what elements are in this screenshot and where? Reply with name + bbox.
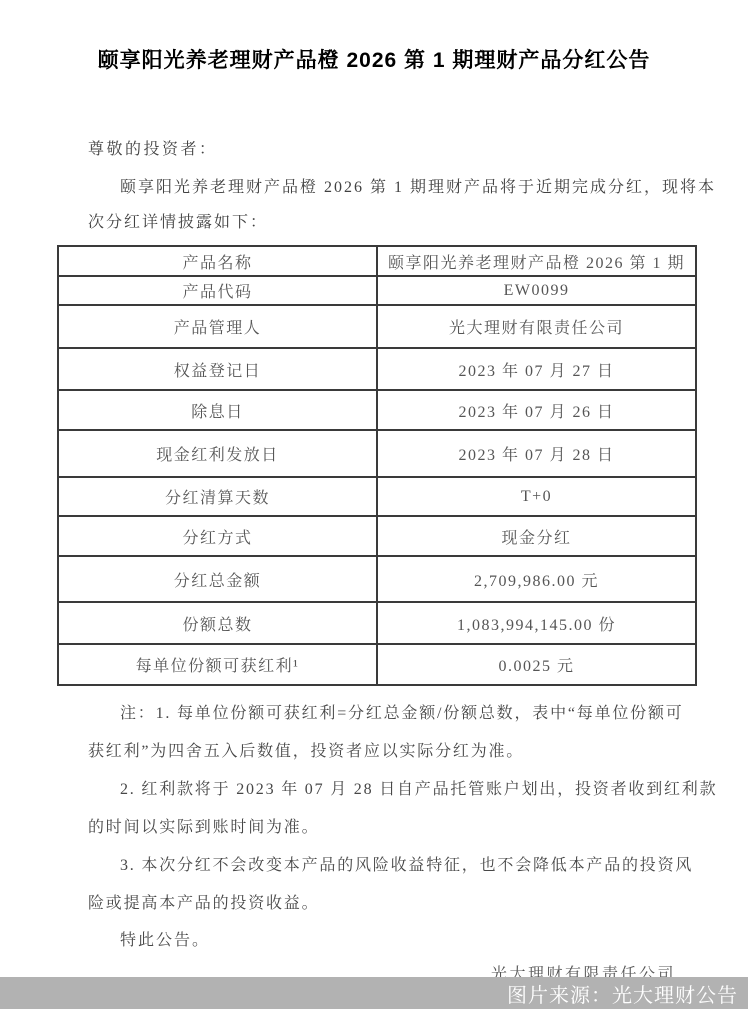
row-label: 每单位份额可获红利¹ [58,644,377,685]
table-row-total-dividend-amount: 分红总金额 2,709,986.00 元 [58,556,696,602]
table-row-product-code: 产品代码 EW0099 [58,276,696,305]
note-2-line-2: 的时间以实际到账时间为准。 [88,809,718,847]
row-label: 分红总金额 [58,556,377,602]
row-value: 2,709,986.00 元 [377,556,696,602]
table-row-clearing-days: 分红清算天数 T+0 [58,477,696,516]
greeting-line: 尊敬的投资者： [88,136,708,159]
announcement-document: 颐享阳光养老理财产品橙 2026 第 1 期理财产品分红公告 尊敬的投资者： 颐… [0,0,748,1009]
document-title: 颐享阳光养老理财产品橙 2026 第 1 期理财产品分红公告 [0,0,748,74]
table-row-total-shares: 份额总数 1,083,994,145.00 份 [58,602,696,644]
note-1-line-1: 注：1. 每单位份额可获红利=分红总金额/份额总数，表中“每单位份额可 [120,695,718,733]
image-source-label: 图片来源：光大理财公告 [507,979,738,1008]
table-row-record-date: 权益登记日 2023 年 07 月 27 日 [58,348,696,390]
row-label: 分红方式 [58,516,377,556]
row-label: 权益登记日 [58,348,377,390]
row-value: EW0099 [377,276,696,305]
row-value: 颐享阳光养老理财产品橙 2026 第 1 期 [377,246,696,276]
table-row-ex-dividend-date: 除息日 2023 年 07 月 26 日 [58,390,696,430]
row-value: 2023 年 07 月 28 日 [377,430,696,477]
row-label: 产品名称 [58,246,377,276]
note-1-line-2: 获红利”为四舍五入后数值，投资者应以实际分红为准。 [88,733,718,771]
note-2-line-1: 2. 红利款将于 2023 年 07 月 28 日自产品托管账户划出，投资者收到… [120,771,718,809]
table-row-cash-payment-date: 现金红利发放日 2023 年 07 月 28 日 [58,430,696,477]
intro-paragraph-line-1: 颐享阳光养老理财产品橙 2026 第 1 期理财产品将于近期完成分红，现将本 [120,174,718,197]
note-3-line-1: 3. 本次分红不会改变本产品的风险收益特征，也不会降低本产品的投资风 [120,847,718,885]
notes-section: 注：1. 每单位份额可获红利=分红总金额/份额总数，表中“每单位份额可 获红利”… [0,695,748,991]
table-row-dividend-method: 分红方式 现金分红 [58,516,696,556]
row-label: 除息日 [58,390,377,430]
row-label: 现金红利发放日 [58,430,377,477]
row-value: T+0 [377,477,696,516]
table-row-dividend-per-share: 每单位份额可获红利¹ 0.0025 元 [58,644,696,685]
row-value: 0.0025 元 [377,644,696,685]
row-value: 光大理财有限责任公司 [377,305,696,348]
row-value: 1,083,994,145.00 份 [377,602,696,644]
row-label: 产品代码 [58,276,377,305]
row-label: 份额总数 [58,602,377,644]
closing-statement: 特此公告。 [120,923,718,958]
row-label: 分红清算天数 [58,477,377,516]
image-source-bar: 图片来源：光大理财公告 [0,977,748,1009]
row-label: 产品管理人 [58,305,377,348]
row-value: 2023 年 07 月 26 日 [377,390,696,430]
table-row-product-name: 产品名称 颐享阳光养老理财产品橙 2026 第 1 期 [58,246,696,276]
note-3-line-2: 险或提高本产品的投资收益。 [88,885,718,923]
dividend-details-table: 产品名称 颐享阳光养老理财产品橙 2026 第 1 期 产品代码 EW0099 … [57,245,697,686]
row-value: 现金分红 [377,516,696,556]
intro-paragraph-line-2: 次分红详情披露如下： [88,209,718,232]
row-value: 2023 年 07 月 27 日 [377,348,696,390]
table-row-product-manager: 产品管理人 光大理财有限责任公司 [58,305,696,348]
